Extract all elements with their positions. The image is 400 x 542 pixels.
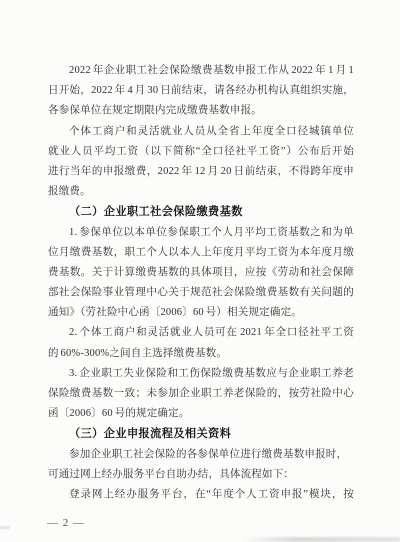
scan-artifact [0, 526, 10, 529]
text-line: 参加企业职工社会保险的各参保单位进行缴费基数申报时， [48, 445, 354, 465]
text-line: 报缴费。 [48, 182, 354, 202]
scanned-document-page: 2022 年企业职工社会保险缴费基数申报工作从 2022 年 1 月 1 日开始… [0, 0, 400, 542]
text-line: 日开始，2022 年 4 月 30 日前结束，请各经办机构认真组织实施， [48, 81, 354, 101]
text-line: 通知》（劳社险中心函〔2006〕60 号）相关规定确定。 [48, 303, 354, 323]
page-number: — 2 — [47, 513, 85, 533]
text-line: 个体工商户和灵活就业人员从全省上年度全口径城镇单位 [48, 122, 354, 142]
text-line: 就业人员平均工资（以下简称“全口径社平工资”）公布后开始 [48, 142, 354, 162]
text-line: 位月缴费基数，职工个人以本人上年度月平均工资为本年度月缴 [48, 243, 354, 263]
text-line: 2. 个体工商户和灵活就业人员可在 2021 年全口径社平工资 [48, 323, 354, 343]
text-line: 各参保单位在规定期限内完成缴费基数申报。 [48, 101, 354, 121]
text-line: 可通过网上经办服务平台自助办结，具体流程如下： [48, 465, 354, 485]
text-line: 登录网上经办服务平台，在“年度个人工资申报”模块，按 [48, 485, 354, 505]
text-line: 保险缴费基数一致；未参加企业职工养老保险的，按劳社险中心 [48, 384, 354, 404]
text-line: 进行当年的申报缴费，2022 年 12 月 20 日前结束，不得跨年度申 [48, 162, 354, 182]
text-line: 2022 年企业职工社会保险缴费基数申报工作从 2022 年 1 月 1 [48, 61, 354, 81]
text-line: 部社会保险事业管理中心关于规范社会保险缴费基数有关问题的 [48, 283, 354, 303]
text-line: 3. 企业职工失业保险和工伤保险缴费基数应与企业职工养老 [48, 364, 354, 384]
document-body: 2022 年企业职工社会保险缴费基数申报工作从 2022 年 1 月 1 日开始… [48, 61, 354, 505]
section-heading: （二）企业职工社会保险缴费基数 [48, 202, 354, 222]
text-line: 的 60%-300%之间自主选择缴费基数。 [48, 344, 354, 364]
text-line: 费基数。关于计算缴费基数的具体项目，应按《劳动和社会保障 [48, 263, 354, 283]
text-line: 函〔2006〕60 号的规定确定。 [48, 404, 354, 424]
section-heading: （三）企业申报流程及相关资料 [48, 424, 354, 444]
scan-artifact [242, 537, 400, 542]
text-line: 1. 参保单位以本单位参保职工个人月平均工资基数之和为单 [48, 223, 354, 243]
